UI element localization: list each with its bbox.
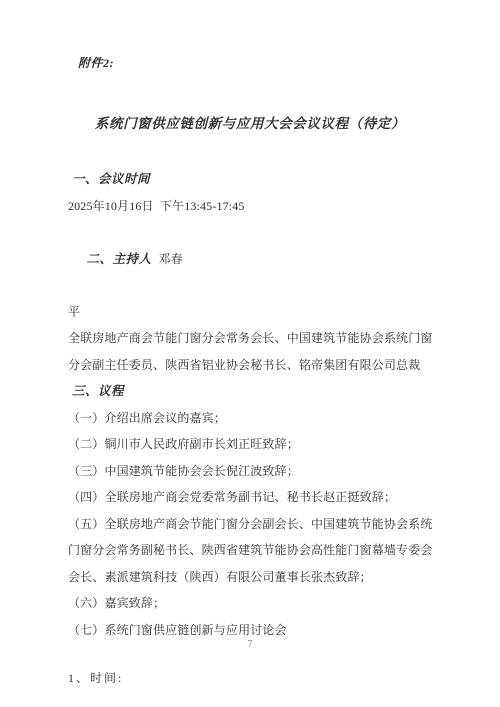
agenda-line-3: （三）中国建筑节能协会会长倪江波致辞； — [68, 458, 432, 485]
discussion-time-label: 1、时间: — [68, 665, 432, 692]
document-page: 附件2: 系统门窗供应链创新与应用大会会议议程（待定） 一、会议时间 2025年… — [0, 0, 500, 707]
section-heading-agenda: 三、议程 — [68, 378, 432, 405]
section-heading-host: 二、主持人邓春 — [68, 219, 432, 299]
host-name-part-2: 平 — [68, 299, 432, 326]
document-title: 系统门窗供应链创新与应用大会会议议程（待定） — [68, 112, 432, 136]
host-name-part-1: 邓春 — [159, 252, 183, 266]
agenda-line-5: （五）全联房地产商会节能门窗分会副会长、中国建筑节能协会系统 — [68, 511, 432, 538]
agenda-line-5-wrap-1: 门窗分会常务副秘书长、陕西省建筑节能协会高性能门窗幕墙专委会 — [68, 537, 432, 564]
attachment-label: 附件2: — [68, 54, 432, 72]
host-heading-label: 二、主持人 — [87, 252, 152, 266]
page-number: 7 — [0, 639, 500, 650]
agenda-line-1: （一）介绍出席会议的嘉宾； — [68, 405, 432, 432]
agenda-line-2: （二）铜川市人民政府副市长刘正旺致辞； — [68, 431, 432, 458]
meeting-time-value: 2025年10月16日 下午13:45-17:45 — [68, 193, 432, 220]
host-titles-line-2: 分会副主任委员、陕西省铝业协会秘书长、铭帝集团有限公司总裁 — [68, 352, 432, 379]
agenda-line-6: （六）嘉宾致辞； — [68, 590, 432, 617]
agenda-line-4: （四）全联房地产商会党委常务副书记、秘书长赵正挺致辞； — [68, 484, 432, 511]
section-heading-meeting-time: 一、会议时间 — [68, 166, 432, 193]
agenda-line-5-wrap-2: 会长、素派建筑科技（陕西）有限公司董事长张杰致辞； — [68, 564, 432, 591]
host-titles-line-1: 全联房地产商会节能门窗分会常务会长、中国建筑节能协会系统门窗 — [68, 325, 432, 352]
